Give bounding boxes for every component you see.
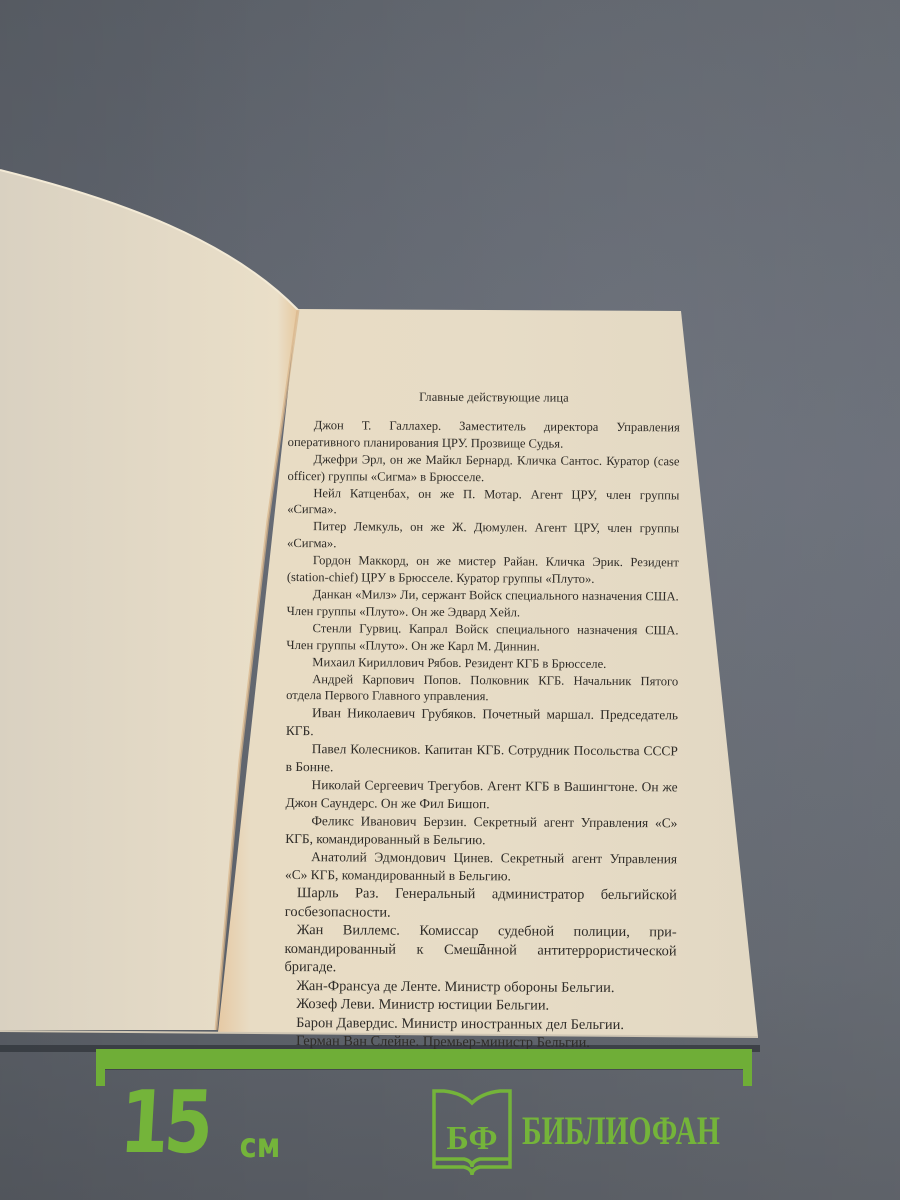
character-entry: Нейл Катценбах, он же П. Мотар. Агент ЦР… <box>287 485 679 521</box>
character-entry: Данкан «Милз» Ли, сержант Войск специаль… <box>287 586 679 622</box>
character-entry: Шарль Раз. Генеральный администратор бел… <box>285 884 677 923</box>
character-entry: Барон Давердис. Министр иностранных дел … <box>284 1014 676 1035</box>
character-entry: Джон Т. Галлахер. Заместитель директора … <box>288 417 680 453</box>
character-entry: Андрей Карпович Попов. Полковник КГБ. На… <box>286 670 678 706</box>
page-heading: Главные действующие лица <box>308 388 680 407</box>
character-entry: Анатолий Эдмондович Цинев. Секретный аге… <box>285 848 677 886</box>
character-entry: Михаил Кириллович Рябов. Резидент КГБ в … <box>286 654 678 673</box>
character-entry: Гордон Маккорд, он же мистер Райан. Клич… <box>287 552 679 588</box>
size-unit: см <box>240 1126 281 1166</box>
character-entry: Стенли Гурвиц. Капрал Войск специального… <box>286 620 678 656</box>
character-entry: Павел Колесников. Капитан КГБ. Сотрудник… <box>286 740 678 778</box>
character-entry: Питер Лемкуль, он же Ж. Дюмулен. Агент Ц… <box>287 518 679 554</box>
logo-name: БИБЛИОФАН <box>522 1107 720 1154</box>
size-value: 15 <box>118 1080 211 1166</box>
ruler-right-tick <box>743 1049 752 1086</box>
open-book-icon: БФ <box>430 1087 514 1179</box>
bibliofan-logo: БФ БИБЛИОФАН <box>430 1087 750 1182</box>
logo-mark-text: БФ <box>446 1120 497 1157</box>
page-number: 7 <box>478 942 485 958</box>
character-entry: Джефри Эрл, он же Майкл Бернард. Кличка … <box>287 451 679 487</box>
character-entry: Феликс Иванович Берзин. Секретный агент … <box>285 812 677 850</box>
ruler-left-tick <box>96 1049 105 1086</box>
character-entry: Жозеф Леви. Министр юстиции Бельгии. <box>284 995 676 1016</box>
size-label: 15 см <box>120 1080 228 1166</box>
character-entry: Жан-Франсуа де Ленте. Министр обороны Бе… <box>284 977 676 998</box>
character-entry: Николай Сергеевич Трегубов. Агент КГБ в … <box>285 776 677 814</box>
ruler-bar <box>96 1049 752 1069</box>
character-entry: Иван Николаевич Грубяков. Почетный марша… <box>286 704 678 742</box>
